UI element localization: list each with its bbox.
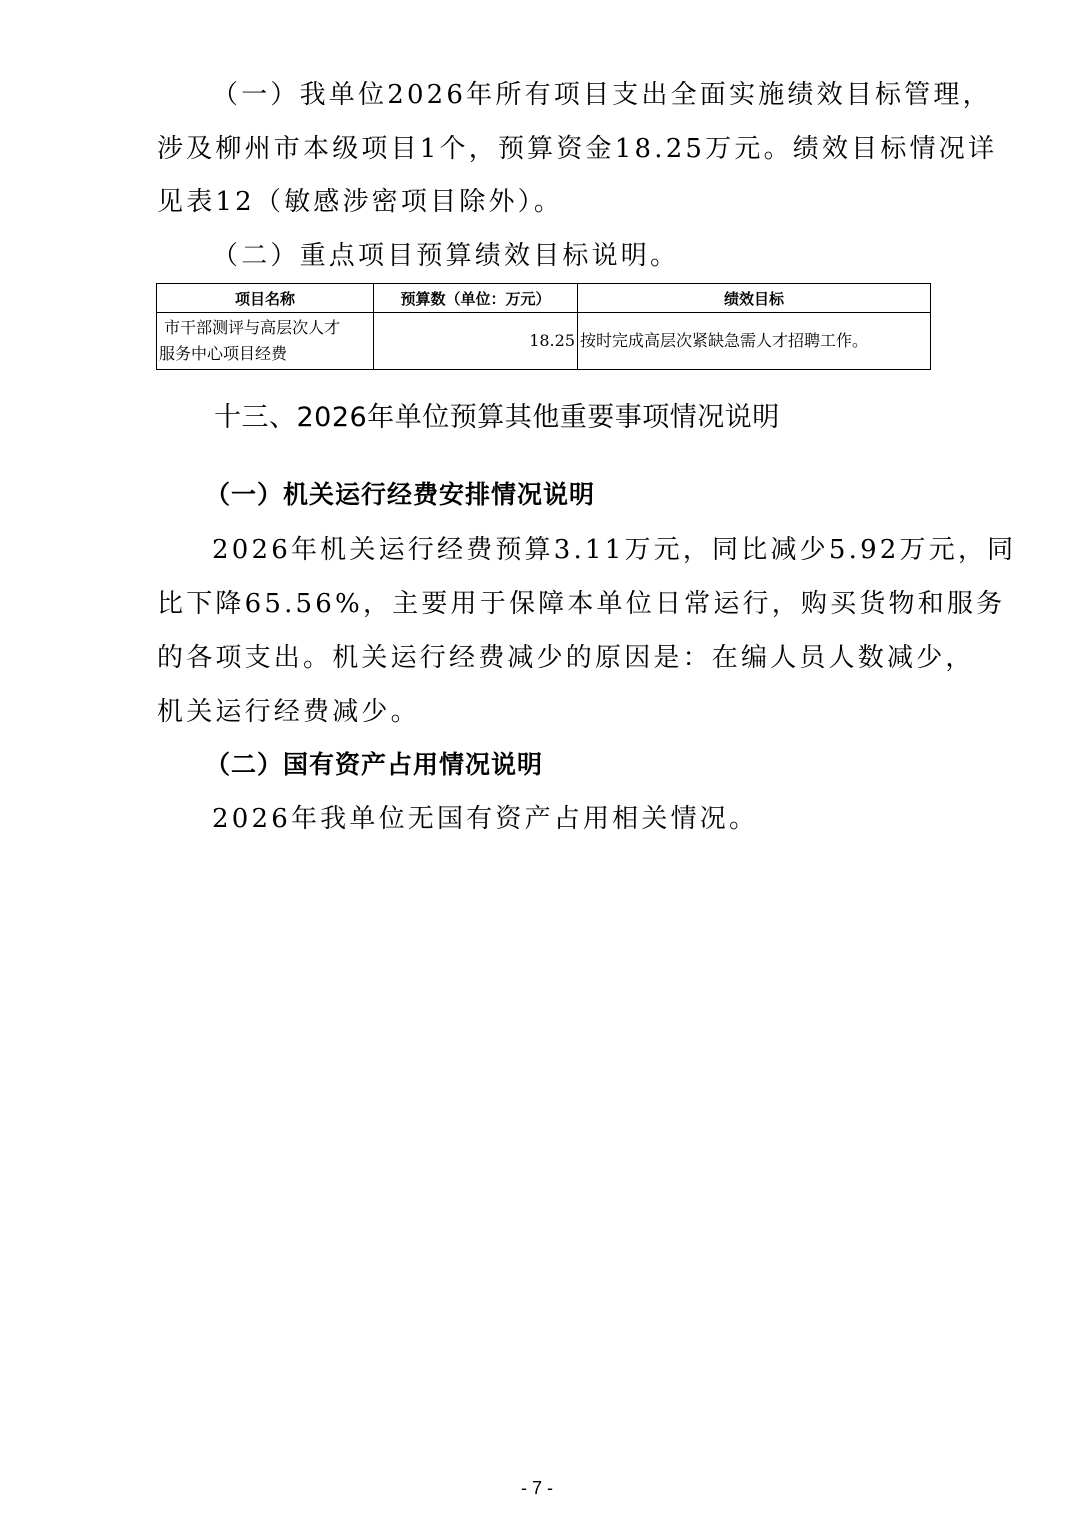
paragraph-state-assets: 2026年我单位无国有资产占用相关情况。 [212, 804, 987, 834]
cell-project-name: 市干部测评与高层次人才 服务中心项目经费 [157, 313, 374, 370]
project-name-line-2: 服务中心项目经费 [159, 341, 371, 367]
page-number: - 7 - [0, 1478, 1074, 1499]
paragraph-performance-line-3: 见表12（敏感涉密项目除外）。 [157, 187, 932, 217]
section-13-title: 十三、2026年单位预算其他重要事项情况说明 [214, 402, 780, 434]
table-header-row: 项目名称 预算数（单位：万元） 绩效目标 [157, 284, 931, 313]
table-row: 市干部测评与高层次人才 服务中心项目经费 18.25 按时完成高层次紧缺急需人才… [157, 313, 931, 370]
paragraph-key-project-intro: （二）重点项目预算绩效目标说明。 [212, 241, 987, 271]
subsection-operating-expenses-title: （一）机关运行经费安排情况说明 [205, 480, 595, 510]
performance-goals-table: 项目名称 预算数（单位：万元） 绩效目标 市干部测评与高层次人才 服务中心项目经… [156, 283, 931, 370]
paragraph-operating-expenses-line-1: 2026年机关运行经费预算3.11万元，同比减少5.92万元，同 [212, 535, 987, 565]
cell-budget: 18.25 [374, 313, 578, 370]
subsection-state-assets-title: （二）国有资产占用情况说明 [205, 750, 543, 780]
paragraph-performance-line-2: 涉及柳州市本级项目1个，预算资金18.25万元。绩效目标情况详 [157, 134, 932, 164]
paragraph-operating-expenses-line-2: 比下降65.56%，主要用于保障本单位日常运行，购买货物和服务 [157, 589, 932, 619]
column-header-goal: 绩效目标 [578, 284, 931, 313]
project-name-line-1: 市干部测评与高层次人才 [159, 315, 371, 341]
paragraph-operating-expenses-line-3: 的各项支出。机关运行经费减少的原因是：在编人员人数减少， [157, 643, 932, 673]
paragraph-operating-expenses-line-4: 机关运行经费减少。 [157, 697, 932, 727]
paragraph-performance-line-1: （一）我单位2026年所有项目支出全面实施绩效目标管理， [212, 80, 987, 110]
cell-goal: 按时完成高层次紧缺急需人才招聘工作。 [578, 313, 931, 370]
column-header-project-name: 项目名称 [157, 284, 374, 313]
document-page: （一）我单位2026年所有项目支出全面实施绩效目标管理， 涉及柳州市本级项目1个… [0, 0, 1074, 1520]
column-header-budget: 预算数（单位：万元） [374, 284, 578, 313]
